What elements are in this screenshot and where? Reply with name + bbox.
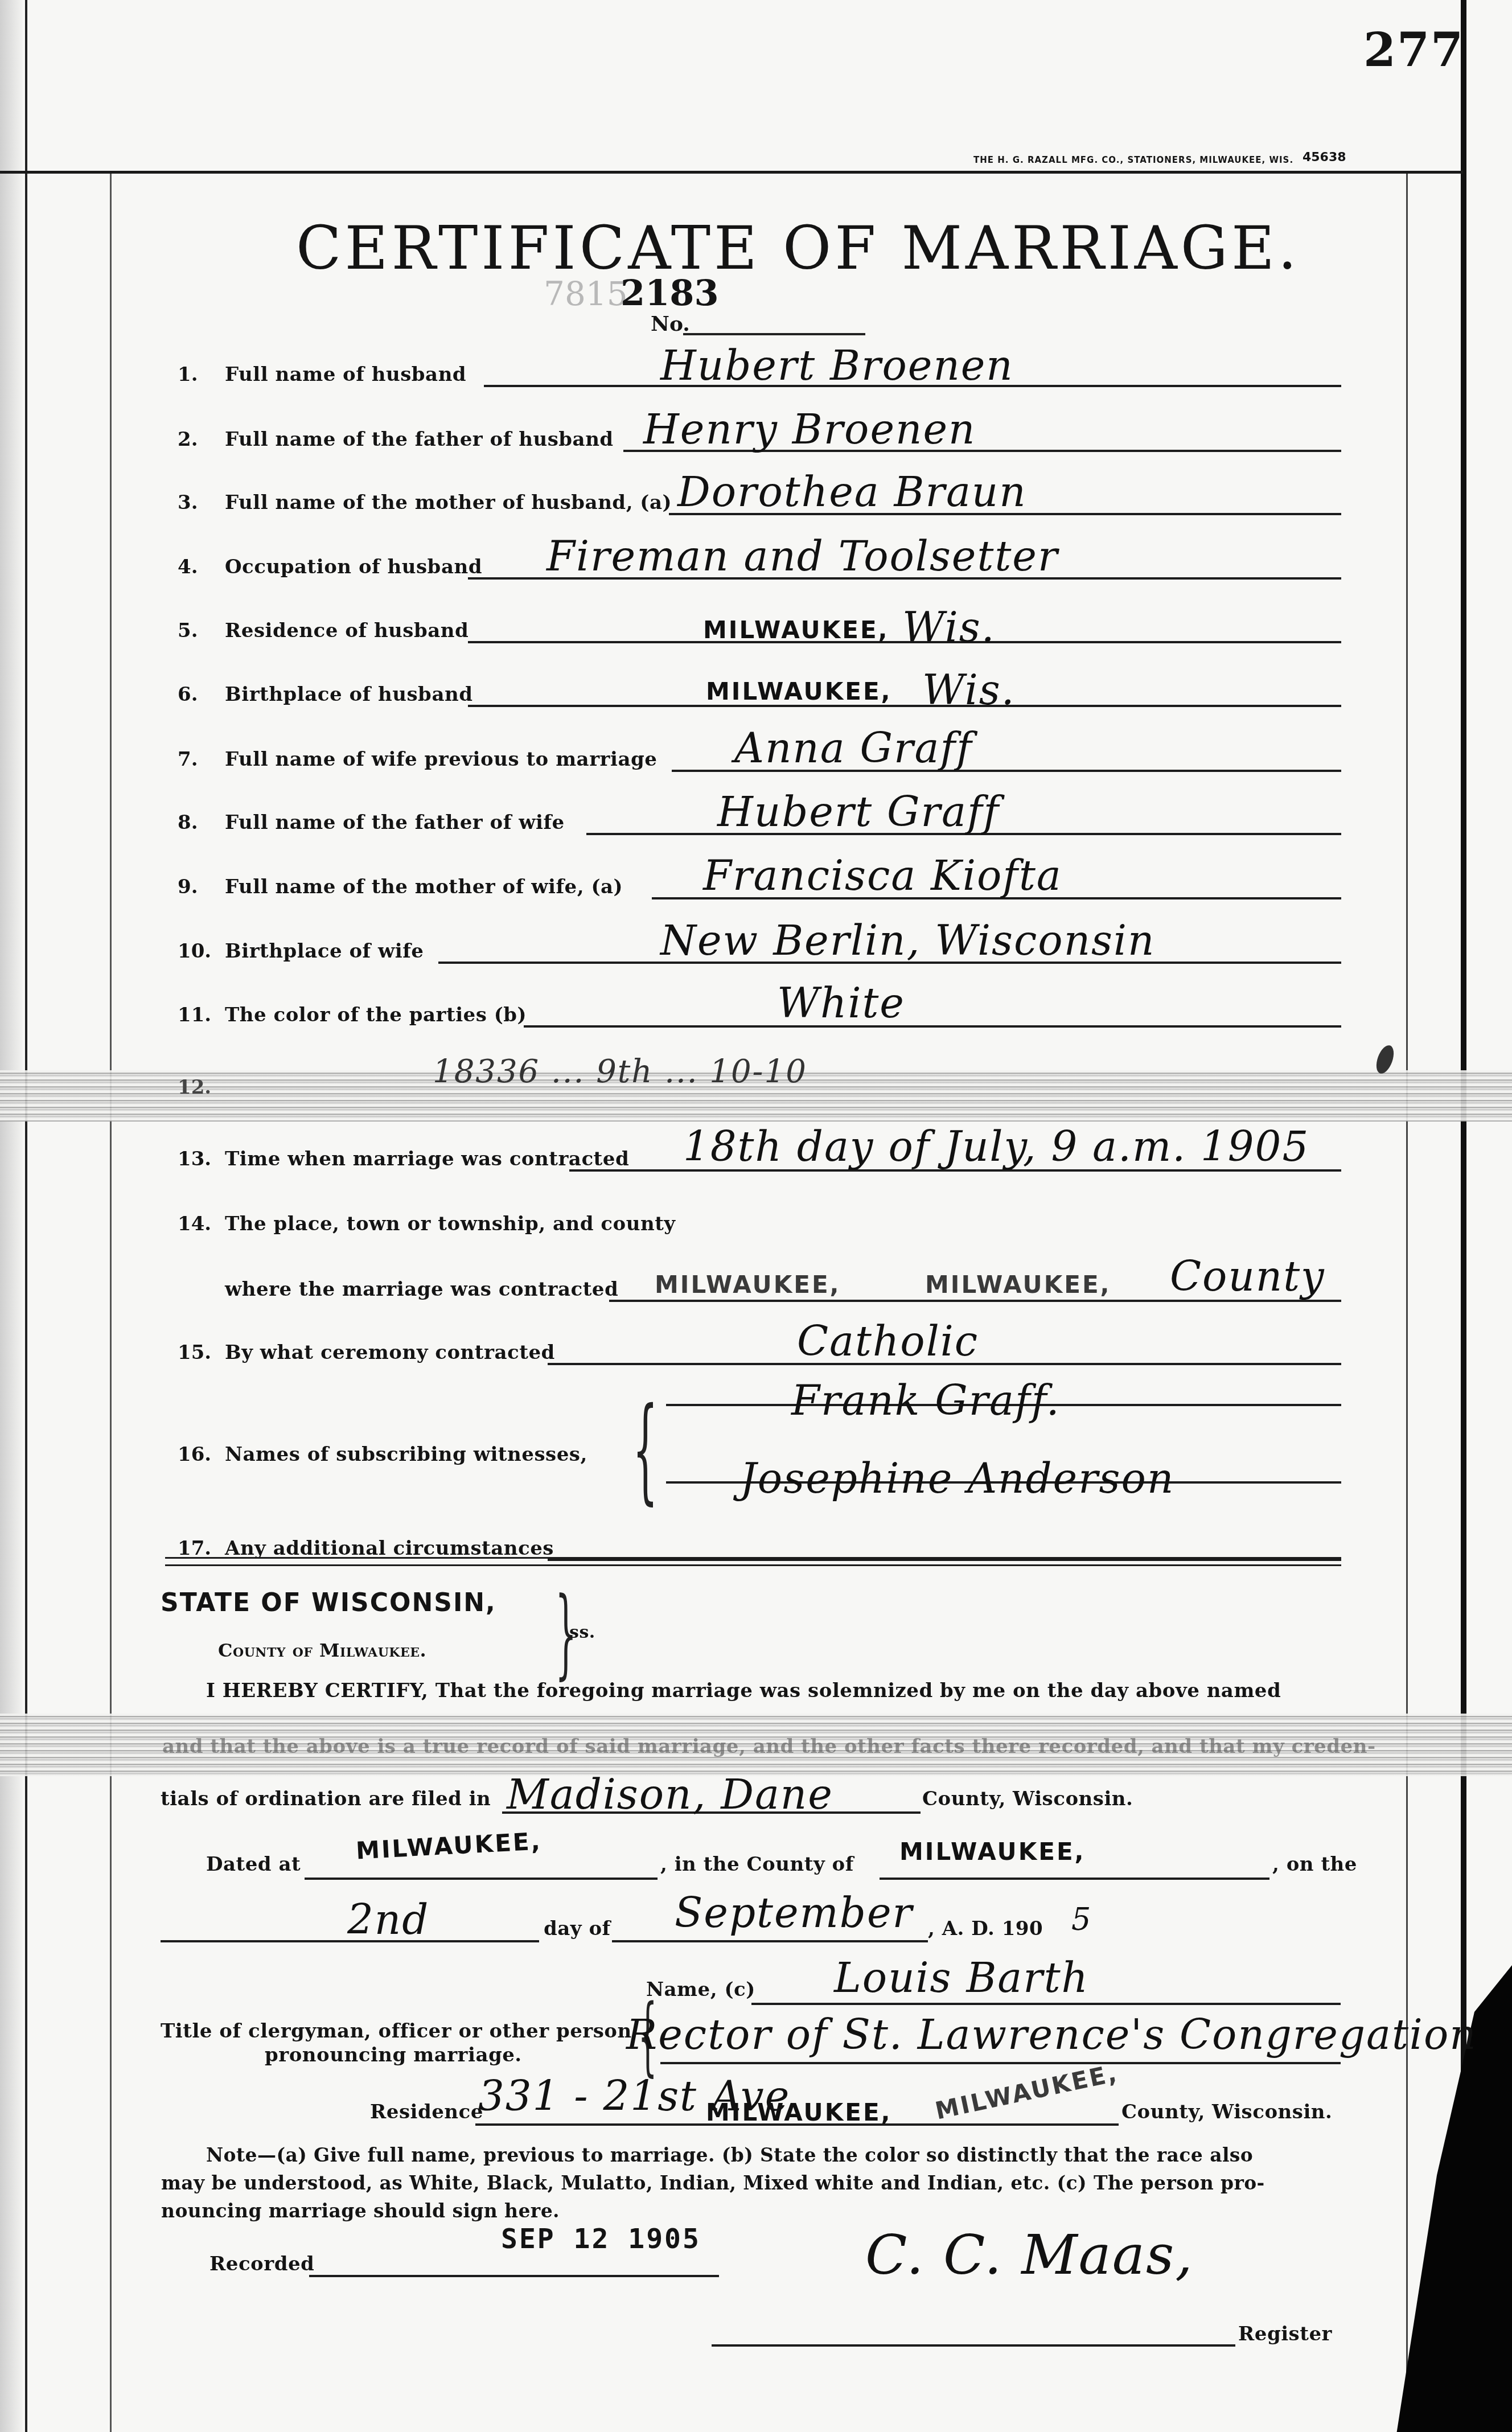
- recorded-line: [309, 2275, 719, 2277]
- field-number: 3.: [178, 491, 217, 514]
- field-label: The color of the parties (b): [225, 1004, 527, 1026]
- recorded-label: Recorded: [209, 2253, 314, 2275]
- field-number: 12.: [178, 1076, 217, 1099]
- name-label: Name, (c): [646, 1978, 755, 2001]
- certificate-number-label: No.: [651, 312, 690, 336]
- register-label: Register: [1238, 2323, 1332, 2345]
- field-label: Full name of husband: [225, 363, 466, 386]
- ceremony-value[interactable]: Catholic: [797, 1317, 979, 1365]
- field-label: By what ceremony contracted: [225, 1341, 555, 1364]
- register-signature[interactable]: C. C. Maas,: [865, 2223, 1194, 2287]
- field-row-color-of-parties: 11. The color of the parties (b): [0, 998, 1512, 1032]
- day-value[interactable]: 2nd: [347, 1896, 429, 1944]
- wife-mother-value[interactable]: Francisca Kiofta: [703, 852, 1062, 899]
- in-county-stamp: MILWAUKEE,: [899, 1838, 1086, 1866]
- year-digit[interactable]: 5: [1071, 1901, 1092, 1937]
- field-row-additional: 17. Any additional circumstances: [0, 1531, 1512, 1566]
- field-number: 1.: [178, 363, 217, 386]
- field-number: 6.: [178, 683, 217, 706]
- husband-birthplace-value[interactable]: Wis.: [922, 666, 1016, 714]
- field-number: 5.: [178, 619, 217, 642]
- field-sublabel: where the marriage was contracted: [225, 1278, 618, 1301]
- field-number: 11.: [178, 1004, 217, 1026]
- witness-1-value[interactable]: Frank Graff.: [791, 1377, 1061, 1424]
- certificate-number: 2183: [621, 272, 719, 314]
- field-label: Full name of wife previous to marriage: [225, 748, 657, 771]
- certificate-title: CERTIFICATE OF MARRIAGE.: [296, 213, 1300, 283]
- field-number: 10.: [178, 940, 217, 963]
- field-label: Occupation of husband: [225, 556, 482, 578]
- residence-label: Residence: [370, 2101, 483, 2123]
- field-number: 7.: [178, 748, 217, 771]
- clergyman-name-value[interactable]: Louis Barth: [834, 1954, 1089, 2002]
- time-contracted-value[interactable]: 18th day of July, 9 a.m. 1905: [683, 1123, 1309, 1170]
- top-rule: [0, 171, 1463, 174]
- field-number: 4.: [178, 556, 217, 578]
- certify-line-2-obscured: and that the above is a true record of s…: [162, 1735, 1376, 1758]
- county-heading: County of Milwaukee.: [218, 1640, 426, 1661]
- double-rule-1: [165, 1557, 1341, 1559]
- field-label: Birthplace of husband: [225, 683, 472, 706]
- ordination-value[interactable]: Madison, Dane: [507, 1770, 833, 1818]
- field-label: Any additional circumstances: [225, 1537, 554, 1560]
- place-town-stamp: MILWAUKEE,: [655, 1271, 841, 1299]
- place-county-suffix[interactable]: County: [1170, 1252, 1325, 1300]
- note-line-2: may be understood, as White, Black, Mula…: [161, 2172, 1265, 2194]
- ordination-prefix: tials of ordination are filed in: [161, 1788, 491, 1810]
- wife-name-value[interactable]: Anna Graff: [734, 724, 973, 772]
- certify-line-1: I HEREBY CERTIFY, That the foregoing mar…: [206, 1679, 1281, 1702]
- ss-label: ss.: [569, 1622, 595, 1642]
- title-label-2: pronouncing marriage.: [265, 2044, 522, 2067]
- ad-label: , A. D. 190: [928, 1917, 1043, 1940]
- husband-residence-stamp: MILWAUKEE,: [703, 616, 889, 644]
- witness-2-value[interactable]: Josephine Anderson: [740, 1455, 1174, 1502]
- month-value[interactable]: September: [675, 1889, 913, 1937]
- field-label: Full name of the mother of wife, (a): [225, 876, 623, 898]
- day-of-label: day of: [544, 1917, 611, 1940]
- field-number: 13.: [178, 1148, 217, 1170]
- form-number: 45638: [1303, 150, 1346, 165]
- husband-occupation-value[interactable]: Fireman and Toolsetter: [547, 532, 1058, 580]
- on-the-label: , on the: [1272, 1853, 1357, 1876]
- husband-mother-value[interactable]: Dorothea Braun: [677, 468, 1027, 516]
- page-number: 277: [1363, 23, 1464, 77]
- note-line-3: nouncing marriage should sign here.: [161, 2200, 560, 2222]
- husband-name-value[interactable]: Hubert Broenen: [660, 342, 1014, 389]
- field-number: 2.: [178, 428, 217, 451]
- field-row-ceremony: 15. By what ceremony contracted: [0, 1336, 1512, 1370]
- month-line: [612, 1940, 928, 1942]
- field-label: Full name of the mother of husband, (a): [225, 491, 672, 514]
- field-number: 16.: [178, 1443, 217, 1466]
- certificate-number-line: [683, 333, 865, 335]
- field-line: [548, 1559, 1341, 1561]
- field-line: [524, 1025, 1341, 1028]
- field-label: Full name of the father of husband: [225, 428, 614, 451]
- field-label: Birthplace of wife: [225, 940, 424, 963]
- name-line: [751, 2003, 1341, 2005]
- register-line: [712, 2344, 1235, 2347]
- husband-residence-value[interactable]: Wis.: [902, 603, 996, 651]
- residence-stamp-rotated: MILWAUKEE,: [932, 2059, 1120, 2125]
- field-number: 14.: [178, 1213, 217, 1235]
- in-county-label: , in the County of: [660, 1853, 854, 1876]
- husband-father-value[interactable]: Henry Broenen: [643, 405, 976, 453]
- in-county-line: [880, 1878, 1269, 1880]
- dated-at-label: Dated at: [206, 1853, 301, 1876]
- clergyman-title-value[interactable]: Rector of St. Lawrence's Congregation: [626, 2011, 1477, 2059]
- witnesses-brace: {: [632, 1383, 658, 1516]
- field-label: The place, town or township, and county: [225, 1213, 676, 1235]
- field-label: Names of subscribing witnesses,: [225, 1443, 587, 1466]
- recorded-date-stamp: SEP 12 1905: [501, 2223, 701, 2255]
- wife-father-value[interactable]: Hubert Graff: [717, 788, 1000, 836]
- row-12-obscured-value: 18336 ... 9th ... 10-10: [433, 1053, 807, 1090]
- field-number: 9.: [178, 876, 217, 898]
- field-number: 15.: [178, 1341, 217, 1364]
- double-rule-2: [165, 1564, 1341, 1566]
- field-number: 8.: [178, 811, 217, 834]
- field-label: Full name of the father of wife: [225, 811, 565, 834]
- wife-birthplace-value[interactable]: New Berlin, Wisconsin: [660, 917, 1155, 964]
- stationer-imprint: THE H. G. RAZALL MFG. CO., STATIONERS, M…: [973, 155, 1293, 165]
- husband-birthplace-stamp: MILWAUKEE,: [706, 677, 892, 705]
- title-line: [660, 2062, 1341, 2064]
- color-of-parties-value[interactable]: White: [777, 979, 905, 1027]
- certificate-number-faint: 7815: [544, 274, 628, 313]
- note-line-1: Note—(a) Give full name, previous to mar…: [206, 2144, 1253, 2166]
- field-label: Time when marriage was contracted: [225, 1148, 629, 1170]
- title-label-1: Title of clergyman, officer or other per…: [161, 2020, 632, 2043]
- dated-at-line: [305, 1878, 658, 1880]
- place-county-stamp: MILWAUKEE,: [925, 1271, 1111, 1299]
- state-heading: STATE OF WISCONSIN,: [161, 1588, 496, 1617]
- field-line: [468, 705, 1341, 707]
- field-label: Residence of husband: [225, 619, 469, 642]
- ordination-suffix: County, Wisconsin.: [922, 1788, 1133, 1810]
- residence-stamp: MILWAUKEE,: [706, 2098, 892, 2126]
- dated-at-stamp: MILWAUKEE,: [355, 1827, 543, 1864]
- field-number: 17.: [178, 1537, 217, 1560]
- field-row-place-contracted: 14. The place, town or township, and cou…: [0, 1207, 1512, 1241]
- residence-suffix: County, Wisconsin.: [1121, 2101, 1332, 2123]
